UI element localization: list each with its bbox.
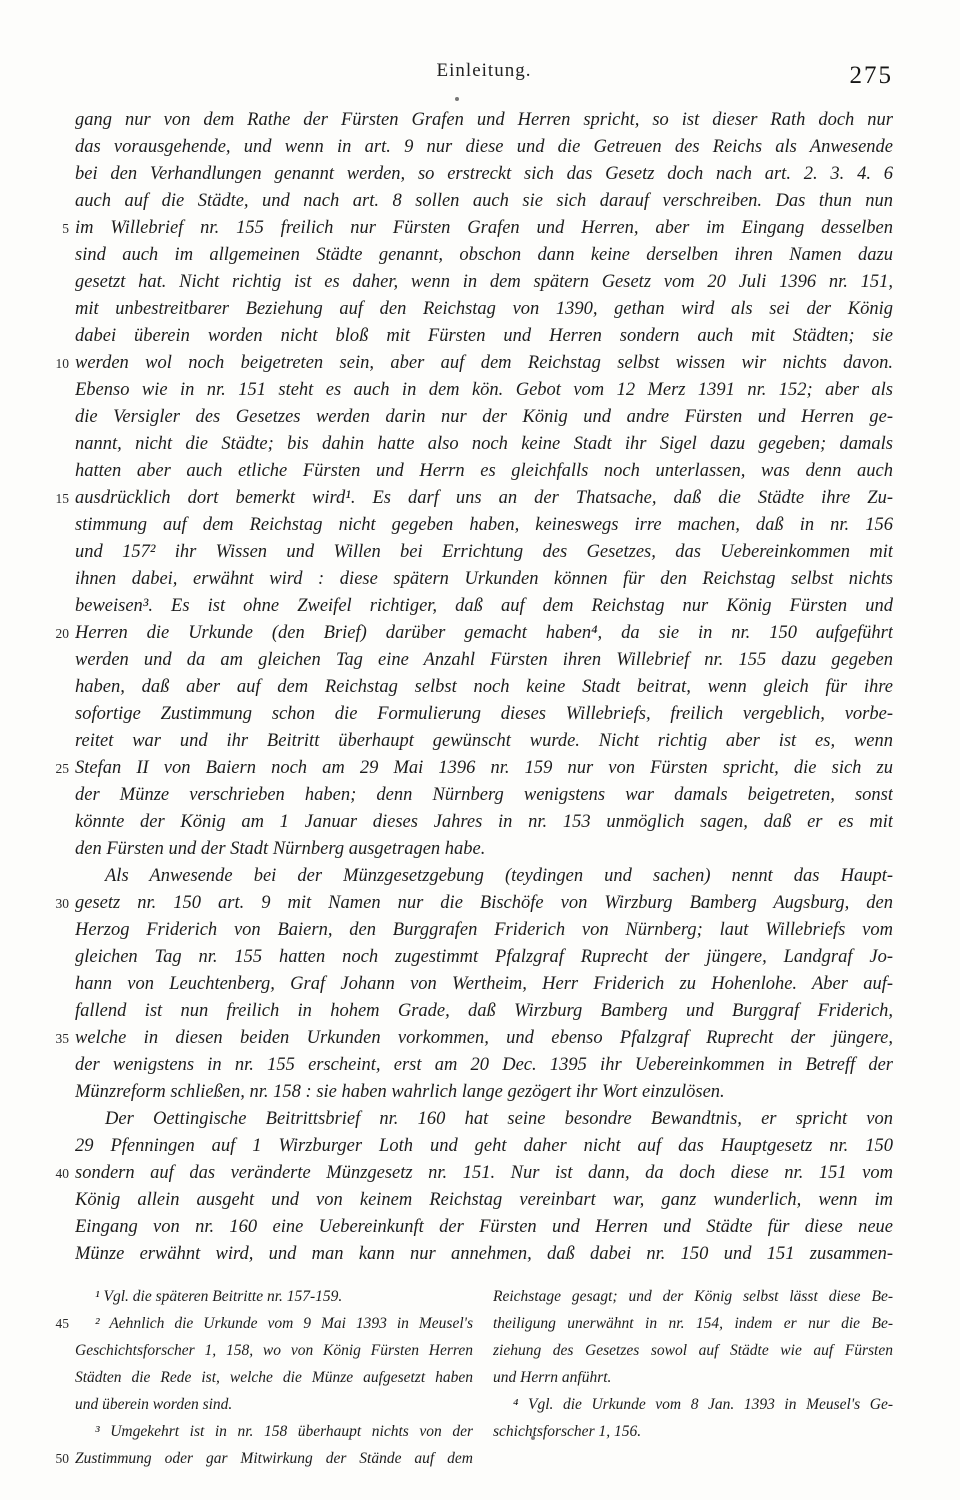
line-text: dabei überein worden nicht bloß mit Fürs…: [75, 323, 893, 350]
footnote-column-right: Reichstage gesagt; und der König selbst …: [493, 1283, 893, 1472]
text-line: Münze erwähnt wird, und man kann nur ann…: [75, 1241, 893, 1268]
margin-line-number: 15: [37, 490, 69, 508]
line-text: mit unbestreitbarer Beziehung auf den Re…: [75, 296, 893, 323]
text-line: der Münze verschrieben haben; denn Nürnb…: [75, 782, 893, 809]
text-line: der wenigstens in nr. 155 erscheint, ers…: [75, 1052, 893, 1079]
footnote-line: schichtsforscher 1, 156.: [493, 1418, 893, 1445]
text-line: das vorausgehende, und wenn in art. 9 nu…: [75, 134, 893, 161]
footnote-column-left: ¹ Vgl. die späteren Beitritte nr. 157-15…: [75, 1283, 473, 1472]
footnote-text: ² Aehnlich die Urkunde vom 9 Mai 1393 in…: [75, 1310, 473, 1337]
text-line: 5 im Willebrief nr. 155 freilich nur Für…: [75, 215, 893, 242]
line-text: gesetzt hat. Nicht richtig ist es daher,…: [75, 269, 893, 296]
line-text: Herren die Urkunde (den Brief) darüber g…: [75, 620, 893, 647]
text-line: sind auch im allgemeinen Städte genannt,…: [75, 242, 893, 269]
text-line: Als Anwesende bei der Münzgesetzgebung (…: [75, 863, 893, 890]
line-text: werden und da am gleichen Tag eine Anzah…: [75, 647, 893, 674]
text-line: König allein ausgeht und von keinem Reic…: [75, 1187, 893, 1214]
running-title: Einleitung.: [75, 60, 893, 82]
line-text: beweisen³. Es ist ohne Zweifel richtiger…: [75, 593, 893, 620]
line-text: nannt, nicht die Städte; bis dahin hatte…: [75, 431, 893, 458]
line-text: 29 Pfenningen auf 1 Wirzburger Loth und …: [75, 1133, 893, 1160]
line-text: Münze erwähnt wird, und man kann nur ann…: [75, 1241, 893, 1268]
line-text: gang nur von dem Rathe der Fürsten Grafe…: [75, 107, 893, 134]
text-line: mit unbestreitbarer Beziehung auf den Re…: [75, 296, 893, 323]
text-line: gleichen Tag nr. 155 hatten noch zugesti…: [75, 944, 893, 971]
text-line: gang nur von dem Rathe der Fürsten Grafe…: [75, 107, 893, 134]
scan-speckle: [531, 1436, 535, 1440]
footnote-line: ³ Umgekehrt ist in nr. 158 überhaupt nic…: [75, 1418, 473, 1445]
text-line: Ebenso wie in nr. 151 steht es auch in d…: [75, 377, 893, 404]
line-text: Herzog Friderich von Baiern, den Burggra…: [75, 917, 893, 944]
text-line: auch auf die Städte, und nach art. 8 sol…: [75, 188, 893, 215]
line-text: reitet war und ihr Beitritt überhaupt ge…: [75, 728, 893, 755]
line-text: der Münze verschrieben haben; denn Nürnb…: [75, 782, 893, 809]
text-line: reitet war und ihr Beitritt überhaupt ge…: [75, 728, 893, 755]
line-text: sofortige Zustimmung schon die Formulier…: [75, 701, 893, 728]
text-line: hann von Leuchtenberg, Graf Johann von W…: [75, 971, 893, 998]
footnote-text: ⁴ Vgl. die Urkunde vom 8 Jan. 1393 in Me…: [493, 1391, 893, 1418]
footnotes: ¹ Vgl. die späteren Beitritte nr. 157-15…: [75, 1283, 893, 1472]
text-line: Herzog Friderich von Baiern, den Burggra…: [75, 917, 893, 944]
line-text: den Fürsten und der Stadt Nürnberg ausge…: [75, 836, 893, 863]
line-text: Eingang von nr. 160 eine Uebereinkunft d…: [75, 1214, 893, 1241]
line-text: werden wol noch beigetreten sein, aber a…: [75, 350, 893, 377]
text-line: 40 sondern auf das veränderte Münzgesetz…: [75, 1160, 893, 1187]
text-line: 25 Stefan II von Baiern noch am 29 Mai 1…: [75, 755, 893, 782]
margin-line-number: 5: [37, 220, 69, 238]
margin-line-number: 45: [37, 1315, 69, 1333]
body-text: gang nur von dem Rathe der Fürsten Grafe…: [75, 107, 893, 1268]
line-text: und 157² ihr Wissen und Willen bei Erric…: [75, 539, 893, 566]
text-line: nannt, nicht die Städte; bis dahin hatte…: [75, 431, 893, 458]
line-text: sondern auf das veränderte Münzgesetz nr…: [75, 1160, 893, 1187]
footnote-text: ¹ Vgl. die späteren Beitritte nr. 157-15…: [75, 1283, 473, 1310]
book-page: Einleitung. 275 gang nur von dem Rathe d…: [0, 0, 960, 1500]
footnote-text: schichtsforscher 1, 156.: [493, 1418, 893, 1445]
footnote-text: Städten die Rede ist, welche die Münze a…: [75, 1364, 473, 1391]
line-text: ausdrücklich dort bemerkt wird¹. Es darf…: [75, 485, 893, 512]
line-text: Stefan II von Baiern noch am 29 Mai 1396…: [75, 755, 893, 782]
line-text: Ebenso wie in nr. 151 steht es auch in d…: [75, 377, 893, 404]
text-line: gesetzt hat. Nicht richtig ist es daher,…: [75, 269, 893, 296]
text-line: ihnen dabei, erwähnt wird : diese später…: [75, 566, 893, 593]
footnote-line: und Herrn anführt.: [493, 1364, 893, 1391]
line-text: hann von Leuchtenberg, Graf Johann von W…: [75, 971, 893, 998]
margin-line-number: 10: [37, 355, 69, 373]
text-line: den Fürsten und der Stadt Nürnberg ausge…: [75, 836, 893, 863]
line-text: das vorausgehende, und wenn in art. 9 nu…: [75, 134, 893, 161]
footnote-text: Reichstage gesagt; und der König selbst …: [493, 1283, 893, 1310]
margin-line-number: 30: [37, 895, 69, 913]
footnote-line: Geschichtsforscher 1, 158, wo von König …: [75, 1337, 473, 1364]
text-line: stimmung auf dem Reichstag nicht gegeben…: [75, 512, 893, 539]
text-line: 30 gesetz nr. 150 art. 9 mit Namen nur d…: [75, 890, 893, 917]
text-line: könnte der König am 1 Januar dieses Jahr…: [75, 809, 893, 836]
footnote-text: Geschichtsforscher 1, 158, wo von König …: [75, 1337, 473, 1364]
line-text: ihnen dabei, erwähnt wird : diese später…: [75, 566, 893, 593]
line-text: fallend ist nun freilich in hohem Grade,…: [75, 998, 893, 1025]
line-text: gesetz nr. 150 art. 9 mit Namen nur die …: [75, 890, 893, 917]
line-text: König allein ausgeht und von keinem Reic…: [75, 1187, 893, 1214]
line-text: stimmung auf dem Reichstag nicht gegeben…: [75, 512, 893, 539]
text-line: beweisen³. Es ist ohne Zweifel richtiger…: [75, 593, 893, 620]
text-line: 15 ausdrücklich dort bemerkt wird¹. Es d…: [75, 485, 893, 512]
line-text: Als Anwesende bei der Münzgesetzgebung (…: [75, 863, 893, 890]
footnote-line: theiligung unerwähnt in nr. 154, indem e…: [493, 1310, 893, 1337]
text-line: fallend ist nun freilich in hohem Grade,…: [75, 998, 893, 1025]
line-text: bei den Verhandlungen genannt werden, so…: [75, 161, 893, 188]
footnote-text: ³ Umgekehrt ist in nr. 158 überhaupt nic…: [75, 1418, 473, 1445]
line-text: der wenigstens in nr. 155 erscheint, ers…: [75, 1052, 893, 1079]
line-text: auch auf die Städte, und nach art. 8 sol…: [75, 188, 893, 215]
footnote-text: und Herrn anführt.: [493, 1364, 893, 1391]
text-line: 29 Pfenningen auf 1 Wirzburger Loth und …: [75, 1133, 893, 1160]
text-line: hatten aber auch etliche Fürsten und Her…: [75, 458, 893, 485]
text-line: Der Oettingische Beitrittsbrief nr. 160 …: [75, 1106, 893, 1133]
footnote-line: und überein worden sind.: [75, 1391, 473, 1418]
footnote-line: 50 Zustimmung oder gar Mitwirkung der St…: [75, 1445, 473, 1472]
footnote-line: ziehung des Gesetzes sowol auf Städte wi…: [493, 1337, 893, 1364]
text-line: 10 werden wol noch beigetreten sein, abe…: [75, 350, 893, 377]
text-line: bei den Verhandlungen genannt werden, so…: [75, 161, 893, 188]
line-text: gleichen Tag nr. 155 hatten noch zugesti…: [75, 944, 893, 971]
footnote-line: 45 ² Aehnlich die Urkunde vom 9 Mai 1393…: [75, 1310, 473, 1337]
text-line: Münzreform schließen, nr. 158 : sie habe…: [75, 1079, 893, 1106]
page-header: Einleitung. 275: [75, 60, 893, 92]
margin-line-number: 20: [37, 625, 69, 643]
text-line: die Versigler des Gesetzes werden darin …: [75, 404, 893, 431]
text-line: werden und da am gleichen Tag eine Anzah…: [75, 647, 893, 674]
margin-line-number: 25: [37, 760, 69, 778]
text-line: 20 Herren die Urkunde (den Brief) darübe…: [75, 620, 893, 647]
margin-line-number: 50: [37, 1450, 69, 1468]
footnote-line: Reichstage gesagt; und der König selbst …: [493, 1283, 893, 1310]
line-text: welche in diesen beiden Urkunden vorkomm…: [75, 1025, 893, 1052]
footnote-text: theiligung unerwähnt in nr. 154, indem e…: [493, 1310, 893, 1337]
footnote-text: und überein worden sind.: [75, 1391, 473, 1418]
text-line: haben, daß aber auf dem Reichstag selbst…: [75, 674, 893, 701]
line-text: im Willebrief nr. 155 freilich nur Fürst…: [75, 215, 893, 242]
line-text: haben, daß aber auf dem Reichstag selbst…: [75, 674, 893, 701]
page-number: 275: [850, 62, 894, 90]
line-text: die Versigler des Gesetzes werden darin …: [75, 404, 893, 431]
margin-line-number: 35: [37, 1030, 69, 1048]
line-text: sind auch im allgemeinen Städte genannt,…: [75, 242, 893, 269]
scan-speckle: [455, 97, 459, 101]
footnote-text: Zustimmung oder gar Mitwirkung der Ständ…: [75, 1445, 473, 1472]
footnote-line: ¹ Vgl. die späteren Beitritte nr. 157-15…: [75, 1283, 473, 1310]
line-text: könnte der König am 1 Januar dieses Jahr…: [75, 809, 893, 836]
footnote-line: ⁴ Vgl. die Urkunde vom 8 Jan. 1393 in Me…: [493, 1391, 893, 1418]
text-line: dabei überein worden nicht bloß mit Fürs…: [75, 323, 893, 350]
line-text: Münzreform schließen, nr. 158 : sie habe…: [75, 1079, 893, 1106]
text-line: sofortige Zustimmung schon die Formulier…: [75, 701, 893, 728]
text-line: und 157² ihr Wissen und Willen bei Erric…: [75, 539, 893, 566]
text-line: Eingang von nr. 160 eine Uebereinkunft d…: [75, 1214, 893, 1241]
footnote-text: ziehung des Gesetzes sowol auf Städte wi…: [493, 1337, 893, 1364]
text-line: 35 welche in diesen beiden Urkunden vork…: [75, 1025, 893, 1052]
margin-line-number: 40: [37, 1165, 69, 1183]
page-content: Einleitung. 275 gang nur von dem Rathe d…: [75, 60, 893, 1472]
footnote-line: Städten die Rede ist, welche die Münze a…: [75, 1364, 473, 1391]
line-text: hatten aber auch etliche Fürsten und Her…: [75, 458, 893, 485]
line-text: Der Oettingische Beitrittsbrief nr. 160 …: [75, 1106, 893, 1133]
